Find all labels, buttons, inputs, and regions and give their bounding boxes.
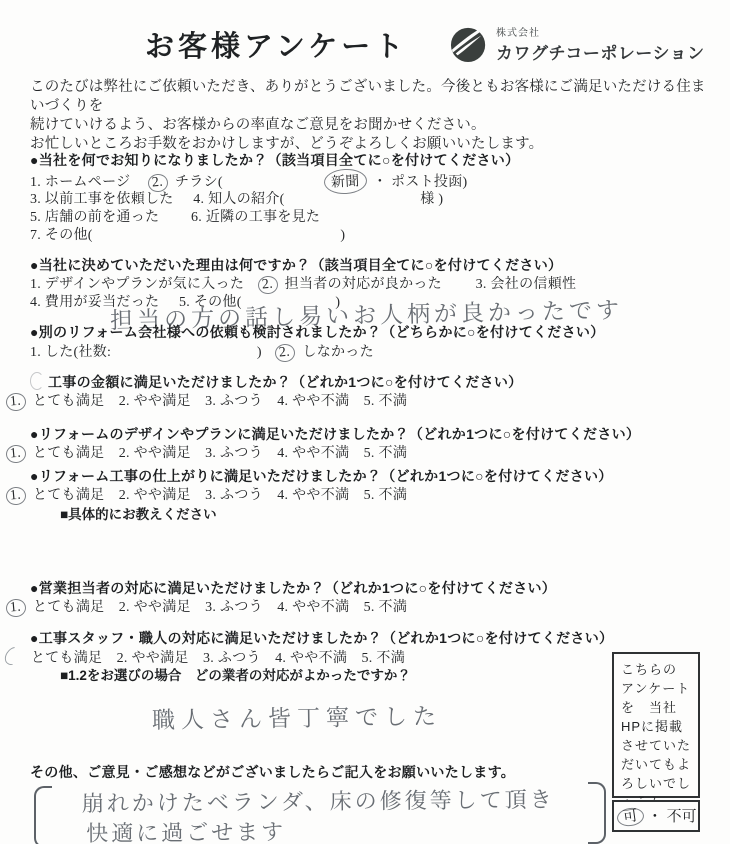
question-finish-options: 1. とても満足 2. やや満足 3. ふつう 4. やや不満 5. 不満 (4, 484, 407, 505)
question-staff-heading: ●工事スタッフ・職人の対応に満足いただけましたか？（どれか1つに○を付けてくださ… (30, 628, 613, 648)
handwritten-bracket-left (34, 786, 52, 844)
circled-answer-mark: 1. (5, 392, 27, 412)
intro-line: 続けていけるよう、お客様からの率直なご意見をお聞かせください。 (30, 116, 720, 135)
satisfaction-options: とても満足 2. やや満足 3. ふつう 4. やや不満 5. 不満 (33, 488, 407, 503)
question-sales-heading: ●営業担当者の対応に満足いただけましたか？（どれか1つに○を付けてください） (30, 578, 556, 598)
question-sales-options: 1. とても満足 2. やや満足 3. ふつう 4. やや不満 5. 不満 (4, 596, 407, 617)
option-referral: 4. 知人の紹介( (193, 192, 284, 207)
circled-answer-mark: 1. (5, 444, 27, 464)
question-source-line2: 3. 以前工事を依頼した 4. 知人の紹介( 様 ) (30, 188, 443, 208)
option-staff-response: 担当者の対応が良かった (285, 277, 442, 292)
swoosh-logo-icon (450, 25, 488, 63)
satisfaction-options: とても満足 2. やや満足 3. ふつう 4. やや不満 5. 不満 (33, 600, 407, 615)
option-design-liked: 1. デザインやプランが気に入った (30, 277, 244, 292)
handwritten-free-comment-line2: 快適に過ごせます (86, 816, 555, 844)
question-other-company-line: 1. した(社数: ) 2. しなかった (30, 341, 374, 362)
circled-answer-mark: 可 (616, 806, 645, 828)
free-comment-prompt: その他、ご意見・ご感想などがございましたらご記入をお願いいたします。 (30, 762, 515, 782)
choice-separator: ・ (647, 808, 662, 825)
satisfaction-options: とても満足 2. やや満足 3. ふつう 4. やや不満 5. 不満 (33, 394, 407, 409)
hp-permission-choice: 可・ 不可 (612, 800, 700, 832)
hp-permission-box: こちらのアンケートを 当社HPに掲載させていただいてもよろしいでしょうか。 (612, 652, 700, 798)
option-other: 7. その他( (30, 228, 93, 243)
handwritten-bracket-right (588, 782, 606, 844)
option-considered: 1. した(社数: (30, 345, 111, 360)
staff-sub-prompt: ■1.2をお選びの場合 どの業者の対応がよかったですか？ (60, 664, 411, 684)
faded-bullet-mark (30, 372, 44, 390)
question-price-options: 1. とても満足 2. やや満足 3. ふつう 4. やや不満 5. 不満 (4, 390, 407, 411)
question-price-heading: 工事の金額に満足いただけましたか？（どれか1つに○を付けてください） (30, 372, 522, 392)
handwritten-free-comment-line1: 崩れかけたベランダ、床の修復等して頂き (82, 786, 555, 820)
circled-answer-mark: 2. (275, 343, 297, 363)
circled-answer-mark: 1. (5, 598, 27, 618)
choice-deny: 不可 (667, 808, 697, 825)
option-storefront: 5. 店舗の前を通った (30, 210, 159, 225)
question-other-company-heading: ●別のリフォーム会社様への依頼も検討されましたか？（どちらかに○を付けてください… (30, 322, 605, 342)
intro-line: このたびは弊社にご依頼いただき、ありがとうございました。今後ともお客様にご満足い… (30, 78, 720, 116)
handwritten-free-comment: 崩れかけたベランダ、床の修復等して頂き 快適に過ごせます (82, 786, 555, 844)
option-referral-close: 様 ) (420, 192, 443, 207)
page-title: お客様アンケート (145, 24, 407, 65)
question-reason-heading: ●当社に決めていただいた理由は何ですか？（該当項目全てに○を付けてください） (30, 255, 562, 275)
question-design-options: 1. とても満足 2. やや満足 3. ふつう 4. やや不満 5. 不満 (4, 442, 407, 463)
option-nearby-work: 6. 近隣の工事を見た (191, 210, 320, 225)
question-source-line3: 5. 店舗の前を通った 6. 近隣の工事を見た (30, 206, 320, 226)
company-logo: 株式会社 カワグチコーポレーション (450, 24, 705, 64)
satisfaction-options: とても満足 2. やや満足 3. ふつう 4. やや不満 5. 不満 (33, 446, 407, 461)
option-other-close: ) (340, 228, 345, 243)
survey-scan-page: お客様アンケート 株式会社 カワグチコーポレーション このたびは弊社にご依頼いた… (0, 0, 730, 844)
question-source-heading: ●当社を何でお知りになりましたか？（該当項目全てに○を付けてください） (30, 150, 519, 170)
clipped-circle-mark (1, 644, 25, 669)
question-finish-heading: ●リフォーム工事の仕上がりに満足いただけましたか？（どれか1つに○を付けてくださ… (30, 466, 613, 486)
option-not-considered: しなかった (302, 345, 374, 360)
company-name: カワグチコーポレーション (496, 39, 705, 64)
handwritten-staff-comment: 職人さん皆丁寧でした (152, 698, 442, 735)
company-prefix: 株式会社 (496, 24, 705, 39)
question-design-heading: ●リフォームのデザインやプランに満足いただけましたか？（どれか1つに○を付けてく… (30, 424, 640, 444)
intro-paragraph: このたびは弊社にご依頼いただき、ありがとうございました。今後ともお客様にご満足い… (30, 78, 720, 154)
option-company-trust: 3. 会社の信頼性 (476, 277, 577, 292)
detail-prompt: ■具体的にお教えください (60, 503, 217, 523)
option-considered-close: ) (257, 345, 262, 360)
circled-answer-mark: 1. (5, 486, 27, 506)
option-previous-work: 3. 以前工事を依頼した (30, 192, 174, 207)
question-source-line4: 7. その他( ) (30, 224, 345, 244)
